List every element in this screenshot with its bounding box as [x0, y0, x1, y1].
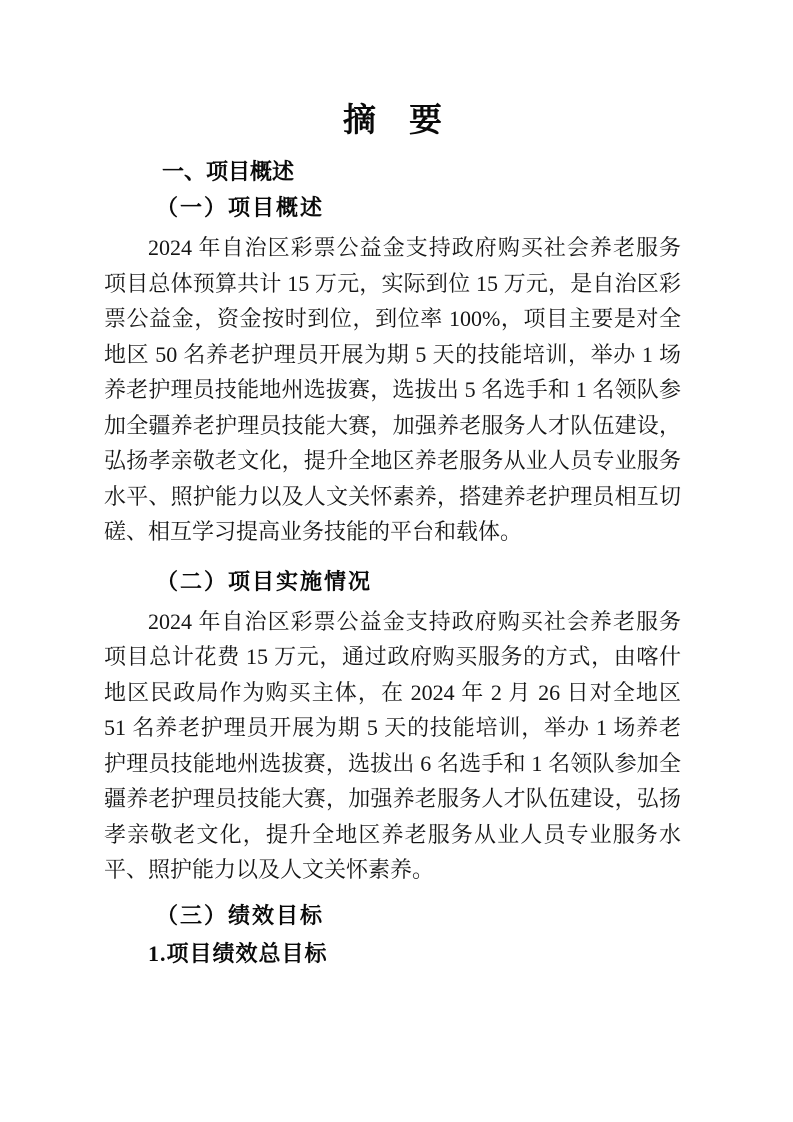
paragraph-implementation-status: 2024 年自治区彩票公益金支持政府购买社会养老服务项目总计花费 15 万元，通…: [104, 604, 681, 888]
subsection-heading-2-implementation-status: （二）项目实施情况: [104, 564, 681, 600]
paragraph-project-overview: 2024 年自治区彩票公益金支持政府购买社会养老服务项目总体预算共计 15 万元…: [104, 230, 681, 550]
subsection-heading-3-performance-goals: （三）绩效目标: [104, 898, 681, 934]
document-page: 摘 要 一、项目概述 （一）项目概述 2024 年自治区彩票公益金支持政府购买社…: [0, 0, 793, 1122]
section-heading-project-overview: 一、项目概述: [104, 154, 681, 190]
document-title: 摘 要: [104, 100, 681, 140]
subheading-overall-performance-goal: 1.项目绩效总目标: [104, 936, 681, 972]
subsection-heading-1-project-overview: （一）项目概述: [104, 190, 681, 226]
